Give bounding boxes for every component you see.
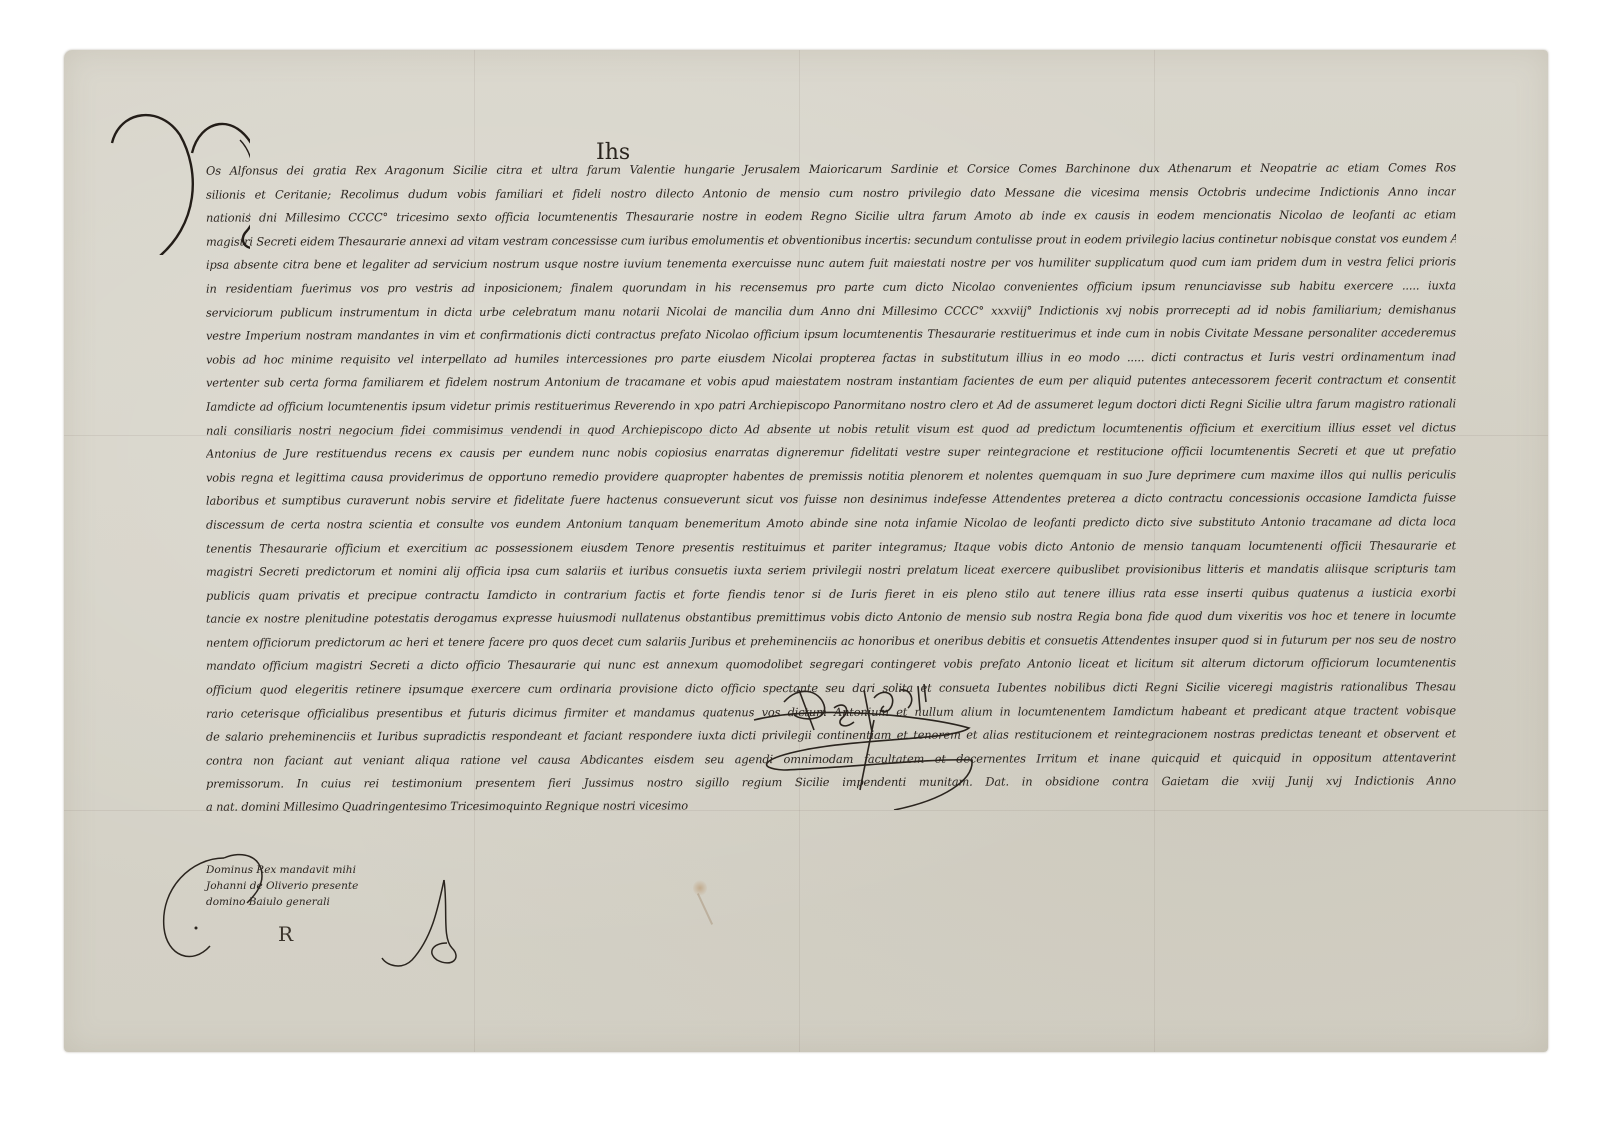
text-line: Os Alfonsus dei gratia Rex Aragonum Sici…	[206, 156, 1456, 183]
text-line: serviciorum publicum instrumentum in dic…	[206, 298, 1456, 325]
text-line: in residentiam fuerimus vos pro vestris …	[206, 274, 1456, 301]
chancery-annotation: Dominus Rex mandavit mihi Johanni de Oli…	[206, 862, 358, 910]
text-line: tancie ex nostre plenitudine potestatis …	[206, 605, 1456, 632]
text-line: tenentis Thesaurarie officium et exercit…	[206, 534, 1456, 561]
text-line: discessum de certa nostra scientia et co…	[206, 510, 1456, 537]
text-line: nali consiliaris nostri negocium fidei c…	[206, 416, 1456, 443]
text-line: laboribus et sumptibus curaverunt nobis …	[206, 487, 1456, 514]
text-line: Antonius de Jure restituendus recens ex …	[206, 439, 1456, 466]
text-line: nationis dni Millesimo CCCC° tricesimo s…	[206, 204, 1456, 231]
parchment-stain	[693, 880, 707, 896]
royal-signature	[724, 660, 984, 810]
text-line: vertenter sub certa forma familiarem et …	[206, 369, 1456, 396]
text-line: silionis et Ceritanie; Recolimus dudum v…	[206, 180, 1456, 207]
annotation-line: domino Baiulo generali	[206, 894, 358, 910]
registration-monogram: R	[278, 922, 293, 946]
text-line: a nat. domini Millesimo Quadringentesimo…	[206, 794, 736, 819]
annotation-line: Johanni de Oliverio presente	[206, 878, 358, 894]
text-line: Iamdicte ad officium locumtenentis ipsum…	[206, 392, 1456, 419]
annotation-line: Dominus Rex mandavit mihi	[206, 862, 358, 878]
text-line: vestre Imperium nostram mandantes in vim…	[206, 322, 1456, 349]
text-line: magistri Secreti predictorum et nomini a…	[206, 557, 1456, 584]
text-line: ipsa absente citra bene et legaliter ad …	[206, 251, 1456, 278]
